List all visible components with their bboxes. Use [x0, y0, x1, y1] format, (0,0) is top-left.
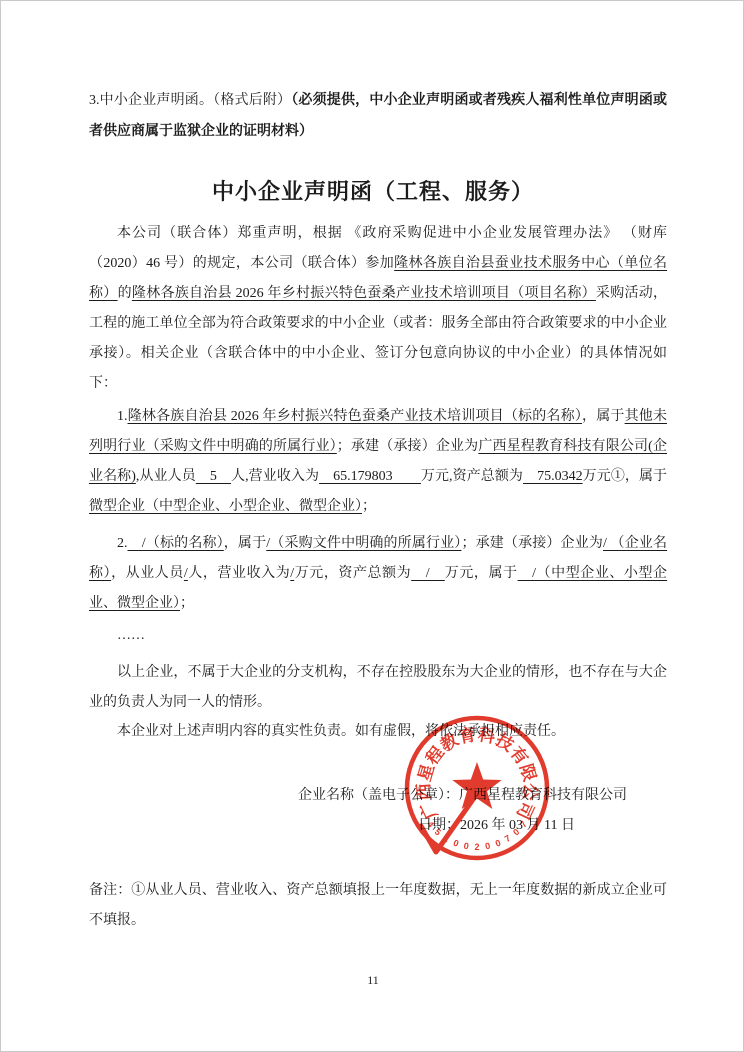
subject-item-1-segment: ,从业人员 — [136, 469, 196, 484]
date-line: 日期：2026 年 03 月 11 日 — [418, 818, 575, 834]
subject-item-1-segment: ； — [362, 499, 376, 514]
subject-item-2-segment: ； — [180, 596, 194, 611]
seal-company-char: 限 — [516, 762, 539, 784]
ellipsis-line: …… — [89, 621, 667, 651]
subject-item-2-segment: 万元，资产总额为 — [294, 566, 411, 581]
procurement-note-segment: 3.中小企业声明函。（格式后附） — [89, 93, 291, 108]
document-page: 3.中小企业声明函。（格式后附）（必须提供，中小企业声明函或者残疾人福利性单位声… — [0, 0, 744, 1052]
subject-item-2-segment: ，属于 — [224, 536, 266, 551]
declaration-intro-segment: 隆林各族自治县 2026 年乡村振兴特色蚕桑产业技术培训项目（项目名称） — [132, 286, 596, 301]
subject-item-2-segment: ，从业人员 — [111, 566, 184, 581]
subject-item-1-segment: ，属于 — [582, 409, 625, 424]
big-company-disclaimer: 以上企业，不属于大企业的分支机构，不存在控股股东为大企业的情形，也不存在与大企业… — [89, 658, 667, 718]
subject-item-2-segment: /（标的名称） — [128, 536, 224, 551]
subject-item-1-segment: 万元,资产总额为 — [421, 469, 523, 484]
seal-code-digit: 0 — [484, 841, 491, 852]
subject-item-1-segment: 万元①，属于 — [583, 469, 667, 484]
footnote: 备注：①从业人员、营业收入、资产总额填报上一年度数据，无上一年度数据的新成立企业… — [89, 876, 667, 936]
seal-code-digit: 1 — [442, 833, 451, 844]
document-title: 中小企业声明函（工程、服务） — [1, 177, 744, 207]
big-company-disclaimer-segment: 以上企业，不属于大企业的分支机构，不存在控股股东为大企业的情形，也不存在与大企业… — [89, 665, 667, 710]
company-name-line: 企业名称（盖电子公章）：广西星程教育科技有限公司 — [298, 788, 627, 804]
subject-item-1-segment: 隆林各族自治县 2026 年乡村振兴特色蚕桑产业技术培训项目（标的名称） — [128, 409, 583, 424]
subject-item-2-segment: 万元，属于 — [445, 566, 518, 581]
ellipsis-line-segment: …… — [117, 628, 145, 643]
declaration-intro-segment: 的 — [118, 286, 132, 301]
subject-item-1-segment: 5 — [196, 469, 231, 484]
authenticity-statement: 本企业对上述声明内容的真实性负责。如有虚假，将依法承担相应责任。 — [89, 717, 667, 747]
subject-item-2-segment: /（采购文件中明确的所属行业） — [266, 536, 461, 551]
subject-item-1-segment: 微型企业（中型企业、小型企业、微型企业） — [89, 499, 362, 514]
subject-item-2: 2. /（标的名称），属于/（采购文件中明确的所属行业）；承建（承接）企业为/ … — [89, 529, 667, 619]
procurement-note: 3.中小企业声明函。（格式后附）（必须提供，中小企业声明函或者残疾人福利性单位声… — [89, 85, 667, 147]
subject-item-2-segment: ；承建（承接）企业为 — [461, 536, 603, 551]
seal-code-digit: 0 — [452, 838, 460, 849]
seal-company-char: 星 — [415, 762, 438, 784]
subject-item-1-segment: 65.179803 — [319, 469, 421, 484]
subject-item-1-segment: 1. — [117, 409, 128, 424]
subject-item-1-segment: ；承建（承接）企业为 — [337, 439, 479, 454]
authenticity-statement-segment: 本企业对上述声明内容的真实性负责。如有虚假，将依法承担相应责任。 — [117, 724, 565, 739]
page-number: 11 — [1, 973, 744, 987]
seal-code-digit: 7 — [503, 833, 512, 844]
declaration-intro: 本公司（联合体）郑重声明，根据 《政府采购促进中小企业发展管理办法》 （财库（2… — [89, 219, 667, 399]
subject-item-1-segment: 人,营业收入为 — [231, 469, 319, 484]
subject-item-1: 1.隆林各族自治县 2026 年乡村振兴特色蚕桑产业技术培训项目（标的名称），属… — [89, 402, 667, 522]
subject-item-2-segment: 2. — [117, 536, 128, 551]
seal-code-digit: 0 — [463, 841, 470, 852]
subject-item-2-segment: / — [411, 566, 445, 581]
seal-code-digit: 2 — [474, 842, 479, 852]
declaration-intro-segment: 采购活动，工程的施工单位全部为符合政策要求的中小企业（或者：服务全部由符合政策要… — [89, 286, 667, 391]
subject-item-2-segment: 人，营业收入为 — [188, 566, 290, 581]
subject-item-1-segment: 75.0342 — [523, 469, 583, 484]
seal-code-digit: 0 — [494, 838, 502, 849]
